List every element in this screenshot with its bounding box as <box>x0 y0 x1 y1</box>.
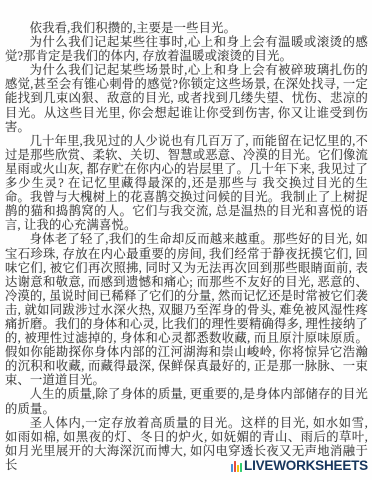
liveworksheets-wordmark: LIVEWORKSHEETS <box>244 458 368 473</box>
passage-text: 依我看,我们积攒的,主要是一些目光。 为什么我们记起某些往事时,心上和身上会有温… <box>5 21 368 472</box>
paragraph-6: 人生的质量,除了身体的质量, 更重要的,是身体内部储存的目光的质量。 <box>5 387 368 415</box>
colored-bars-logo-icon <box>231 459 242 472</box>
liveworksheets-logo[interactable]: LIVEWORKSHEETS <box>231 458 368 473</box>
paragraph-3: 为什么我们记起某些场景时,心上和身上会有被碎玻璃扎伤的感觉,甚至会有锥心刺骨的感… <box>5 63 368 133</box>
paragraph-1: 依我看,我们积攒的,主要是一些目光。 <box>5 21 368 35</box>
worksheet-page: 依我看,我们积攒的,主要是一些目光。 为什么我们记起某些往事时,心上和身上会有温… <box>0 0 372 480</box>
paragraph-4: 几十年里,我见过的人少说也有几百万了, 而能留在记忆里的,不过是那些欣赏、柔软、… <box>5 134 368 233</box>
paragraph-5: 身体老了轻了,我们的生命却反而越来越重。那些好的目光, 如宝石珍珠, 存放在内心… <box>5 232 368 387</box>
paragraph-2: 为什么我们记起某些往事时,心上和身上会有温暖或滚烫的感觉?那肯定是我们的体内, … <box>5 35 368 63</box>
